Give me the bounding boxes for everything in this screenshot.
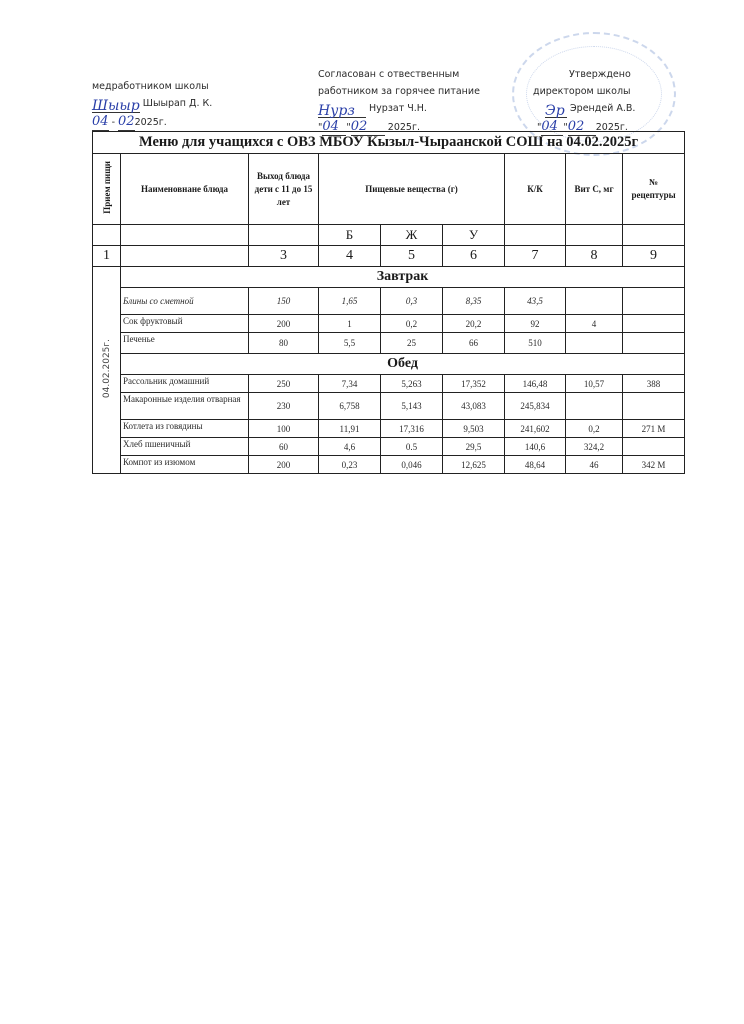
- signature-catering: Нурз: [318, 105, 355, 117]
- signature-director: Эр: [545, 105, 565, 117]
- header-meal: Прием пищи: [93, 154, 121, 225]
- header-nutrients: Пищевые вещества (г): [319, 154, 505, 225]
- subheader-carbs: У: [443, 225, 505, 246]
- approval-medical-month: 02: [118, 113, 135, 131]
- approval-catering-line1: Согласован с отвественным: [318, 66, 480, 83]
- subheader-fat: Ж: [381, 225, 443, 246]
- subheader-protein: Б: [319, 225, 381, 246]
- approval-director: Утверждено директором школы Эр Эрендей А…: [533, 66, 635, 136]
- section-lunch: Обед: [121, 354, 685, 375]
- approval-catering-line2: работником за горячее питание: [318, 83, 480, 100]
- header-recipe: № рецептуры: [623, 154, 685, 225]
- table-row: Блины со сметной 150 1,65 0,3 8,35 43,5: [93, 288, 685, 315]
- menu-title: Меню для учащихся с ОВЗ МБОУ Кызыл-Чыраа…: [93, 132, 685, 154]
- menu-date: 04.02.2025г.: [93, 267, 121, 474]
- section-breakfast: Завтрак: [121, 267, 685, 288]
- table-row: Печенье 80 5,5 25 66 510: [93, 333, 685, 354]
- header-kk: К/К: [505, 154, 566, 225]
- approval-director-line1: Утверждено: [533, 66, 635, 83]
- approval-medical-day: 04: [92, 113, 109, 131]
- header-vitc: Вит С, мг: [566, 154, 623, 225]
- column-numbers-row: 1 3 4 5 6 7 8 9: [93, 246, 685, 267]
- table-row: Сок фруктовый 200 1 0,2 20,2 92 4: [93, 315, 685, 333]
- table-row: Хлеб пшеничный 60 4,6 0.5 29,5 140,6 324…: [93, 438, 685, 456]
- approval-catering-name: Нурзат Ч.Н.: [369, 103, 427, 114]
- header-yield: Выход блюда дети с 11 до 15 лет: [249, 154, 319, 225]
- menu-table: Меню для учащихся с ОВЗ МБОУ Кызыл-Чыраа…: [92, 131, 685, 474]
- approval-catering: Согласован с отвественным работником за …: [318, 66, 480, 136]
- approval-medical-year: 2025г.: [135, 117, 167, 128]
- approval-director-line2: директором школы: [533, 83, 635, 100]
- approval-director-name: Эрендей А.В.: [570, 103, 635, 114]
- header-dish: Наименовнане блюда: [121, 154, 249, 225]
- table-row: Компот из изюмом 200 0,23 0,046 12,625 4…: [93, 456, 685, 474]
- table-row: Макаронные изделия отварная 230 6,758 5,…: [93, 393, 685, 420]
- approval-medical: медработником школы Шыыр Шыырап Д. К. 04…: [92, 78, 212, 131]
- table-row: Рассольник домашний 250 7,34 5,263 17,35…: [93, 375, 685, 393]
- table-row: Котлета из говядины 100 11,91 17,316 9,5…: [93, 420, 685, 438]
- approval-medical-role: медработником школы: [92, 78, 212, 95]
- signature-medical: Шыыр: [92, 100, 140, 112]
- approval-medical-name: Шыырап Д. К.: [143, 98, 212, 109]
